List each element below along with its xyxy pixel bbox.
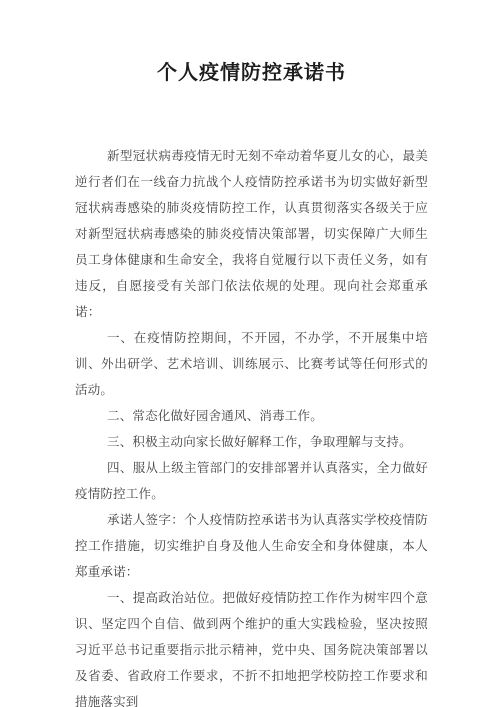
paragraph-intro: 新型冠状病毒疫情无时无刻不牵动着华夏儿女的心，最美逆行者们在一线奋力抗战个人疫情… bbox=[75, 143, 428, 325]
paragraph-item-1: 一、在疫情防控期间，不开园，不办学，不开展集中培训、外出研学、艺术培训、训练展示… bbox=[75, 325, 428, 403]
paragraph-commitment-1: 一、提高政治站位。把做好疫情防控工作作为树牢四个意识、坚定四个自信、做到两个维护… bbox=[75, 585, 428, 707]
paragraph-item-2: 二、常态化做好园舍通风、消毒工作。 bbox=[75, 403, 428, 429]
paragraph-item-4: 四、服从上级主管部门的安排部署并认真落实，全力做好疫情防控工作。 bbox=[75, 455, 428, 507]
document-page: 个人疫情防控承诺书 新型冠状病毒疫情无时无刻不牵动着华夏儿女的心，最美逆行者们在… bbox=[0, 0, 500, 707]
paragraph-item-3: 三、积极主动向家长做好解释工作，争取理解与支持。 bbox=[75, 429, 428, 455]
paragraph-signer-intro: 承诺人签字：个人疫情防控承诺书为认真落实学校疫情防控工作措施，切实维护自身及他人… bbox=[75, 507, 428, 585]
document-title: 个人疫情防控承诺书 bbox=[75, 60, 428, 86]
document-body: 新型冠状病毒疫情无时无刻不牵动着华夏儿女的心，最美逆行者们在一线奋力抗战个人疫情… bbox=[75, 143, 428, 707]
